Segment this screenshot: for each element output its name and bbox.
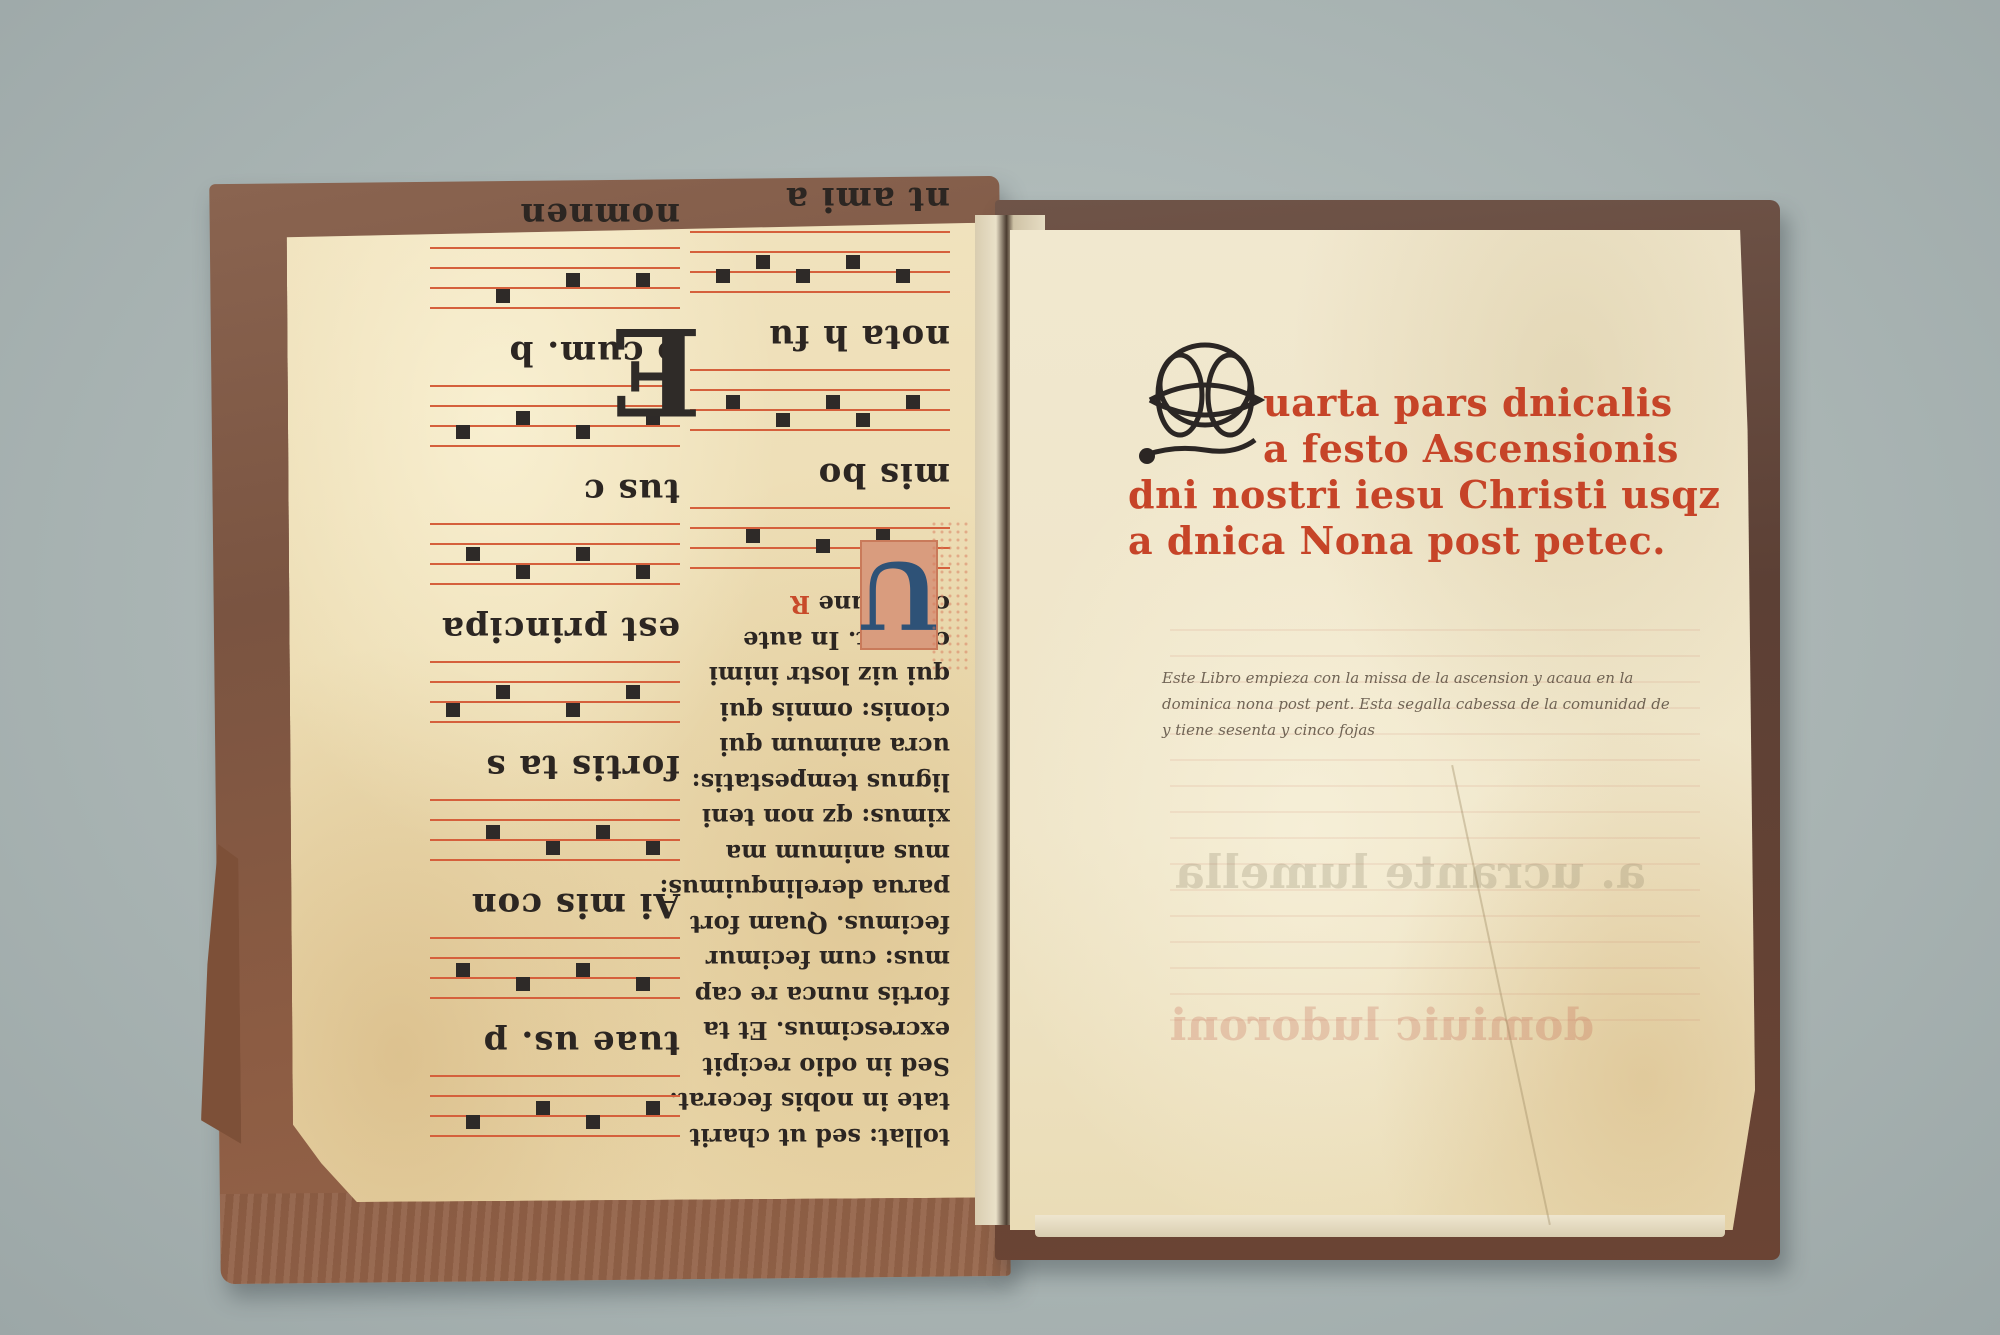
prose-line: ximus: qz non teni [690,800,950,836]
lyric-line: est principa [430,603,680,655]
lyric-line: Ai mis con [430,879,680,931]
music-staff [430,659,680,741]
decorated-initial-e: E [610,310,701,430]
music-staff [690,229,950,311]
initial-letter: U [859,549,939,641]
handwritten-note: Este Libro empieza con la missa de la as… [1162,665,1702,743]
lyric-line: tuae us. p [430,1017,680,1069]
music-staff [430,1073,680,1155]
heading-line: a festo Ascensionis [1128,426,1688,472]
lyric-line: fortis ta s [430,741,680,793]
lyric-line: nt ami a [690,173,950,225]
prose-line: cionis: omnis qui [690,694,950,730]
music-staff [690,367,950,449]
prose-line: mus: cum fecimur [690,942,950,978]
illuminated-initial-u: U [860,540,938,650]
prose-line: mus animum ma [690,836,950,872]
prose-line: lignus tempestatis: [690,765,950,801]
prose-line: ucra animum qui [690,729,950,765]
prose-line: fortis nunca re cap [690,978,950,1014]
prose-line: Sed in odio recipit [690,1049,950,1085]
prose-line: excrescimus. Et ta [690,1013,950,1049]
page-block-edge [1035,1215,1725,1237]
lyric-line: tus c [430,465,680,517]
music-staff [430,935,680,1017]
prose-line: fecimus. Quam fort [690,907,950,943]
heading-line: uarta pars dnicalis [1128,380,1688,426]
rubric-mark: R [790,591,810,620]
note-line: Este Libro empieza con la missa de la as… [1162,665,1702,691]
prose-line: qui uiz lostr inimi [690,658,950,694]
lyric-line: nomnen [430,189,680,241]
heading-line: dni nostri iesu Christi usqz [1128,472,1688,518]
heading-line: a dnica Nona post petec. [1128,518,1688,564]
music-staff [430,797,680,879]
prose-line: parua derelinquimus: [690,871,950,907]
photo-scene: tollat: sed ut charit tate in nobis fece… [0,0,2000,1335]
rubric-heading: uarta pars dnicalis a festo Ascensionis … [1128,380,1688,564]
show-through-rubric: domiuic ludoroni [1170,1000,1594,1051]
initial-flourish-decoration [930,520,970,670]
show-through-text: a. ucrante lumella [1175,845,1646,899]
lyric-line: nota h fu [690,311,950,363]
prose-line: tate in nobis fecerat. [690,1084,950,1120]
music-column-a: tollat: sed ut charit tate in nobis fece… [690,305,950,1155]
lyric-line: mis bo [690,449,950,501]
prose-line: tollat: sed ut charit [690,1120,950,1156]
prose-block: tollat: sed ut charit tate in nobis fece… [690,587,950,1155]
note-line: dominica nona post pent. Esta segalla ca… [1162,691,1702,717]
music-staff [430,521,680,603]
note-line: y tiene sesenta y cinco fojas [1162,717,1702,743]
